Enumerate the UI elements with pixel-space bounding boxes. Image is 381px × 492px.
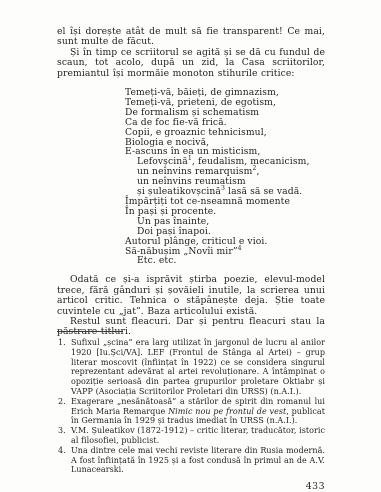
footnote: 4.Una dintre cele mai vechi reviste lite… (57, 446, 325, 475)
footnote-reference: 4 (238, 244, 242, 251)
footnote-reference: 3 (221, 185, 225, 192)
body-paragraph: Și în timp ce scriitorul se agită și se … (57, 48, 325, 79)
page-number: 433 (57, 481, 325, 492)
footnote: 1.Sufixul „șcina” era larg utilizat în j… (57, 338, 325, 397)
footnote-reference: 1 (188, 155, 192, 162)
footnote-number: 4. (58, 446, 66, 456)
footnote-reference: 2 (252, 165, 256, 172)
book-title-italic: Nimic nou pe frontul de vest (168, 407, 286, 416)
footnote-list: 1.Sufixul „șcina” era larg utilizat în j… (57, 338, 325, 475)
body-paragraph: el își dorește atât de mult să fie trans… (57, 27, 325, 48)
footnote-number: 2. (58, 397, 66, 407)
body-paragraph: Odată ce și-a isprăvit știrba poezie, el… (57, 275, 325, 317)
poem-line: Etc. etc. (125, 256, 325, 266)
footnote: 2.Exagerare „nesănătoasă” a stărilor de … (57, 397, 325, 426)
footnote-divider (57, 331, 123, 332)
footnote: 3.V.M. Șuleatikov (1872-1912) – critic l… (57, 426, 325, 446)
footnote-number: 1. (58, 338, 66, 348)
footnote-number: 3. (58, 426, 66, 436)
poem-block: Temeți-vă, băieți, de gimnazism,Temeți-v… (125, 88, 325, 266)
book-page: el își dorește atât de mult să fie trans… (0, 0, 381, 492)
main-text-column: el își dorește atât de mult să fie trans… (57, 27, 325, 338)
footnotes-section: 1.Sufixul „șcina” era larg utilizat în j… (57, 331, 325, 492)
